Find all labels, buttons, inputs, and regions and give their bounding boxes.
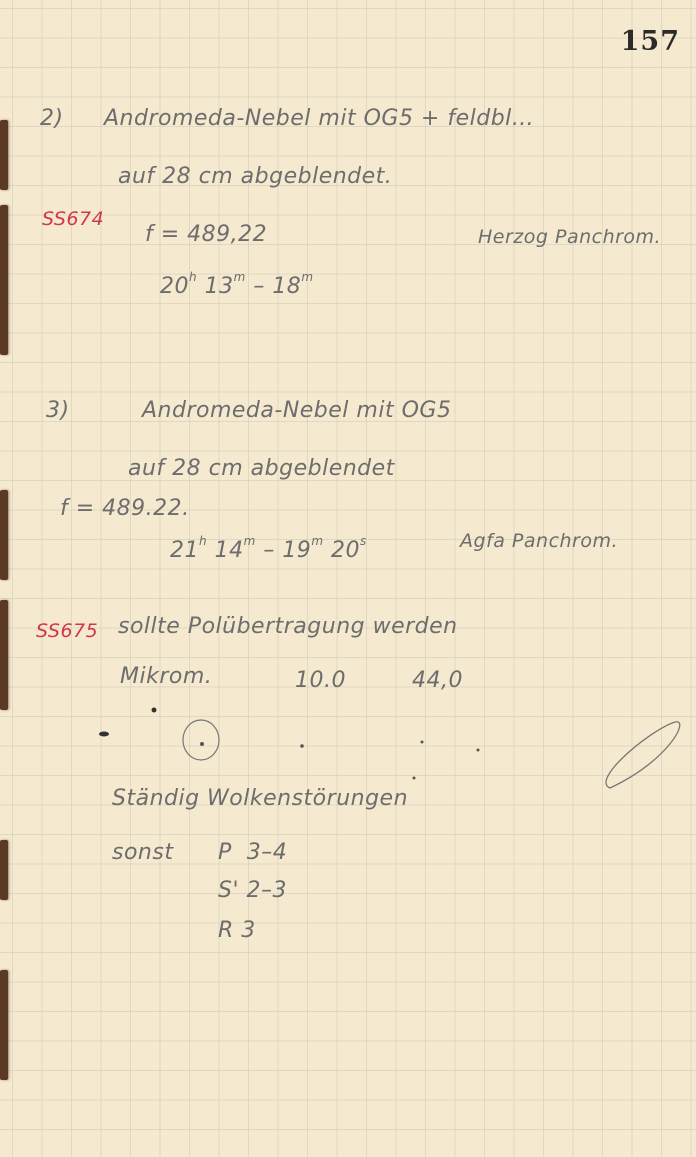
entry-line1: Andromeda-Nebel mit OG5 xyxy=(142,398,451,423)
exposure-time: 20h 13m – 18m xyxy=(160,274,314,299)
focal-length: f = 489,22 xyxy=(145,222,267,247)
entry-line2: auf 28 cm abgeblendet. xyxy=(118,164,392,189)
entry-note: sollte Polübertragung werden xyxy=(118,614,458,639)
entry-index: 3) xyxy=(46,398,70,423)
binding-stitch xyxy=(0,840,8,900)
binding-stitch xyxy=(0,205,8,355)
binding-stitch xyxy=(0,120,8,190)
micrometer-label: Mikrom. xyxy=(120,664,212,689)
plate-type: Herzog Panchrom. xyxy=(478,226,661,248)
binding-stitch xyxy=(0,970,8,1080)
page-number: 157 xyxy=(621,26,680,57)
focal-length: f = 489.22. xyxy=(60,496,190,521)
entry-line2: auf 28 cm abgeblendet xyxy=(128,456,395,481)
rating-row: R 3 xyxy=(218,918,256,943)
plate-type: Agfa Panchrom. xyxy=(460,530,618,552)
entry-index: 2) xyxy=(40,106,64,131)
rating-row: P 3–4 xyxy=(218,840,287,865)
plate-number: SS674 xyxy=(42,208,104,230)
notebook-page: 157 2) Andromeda-Nebel mit OG5 + feldbl…… xyxy=(0,0,696,1157)
seeing-label: sonst xyxy=(112,840,173,865)
micrometer-value-1: 10.0 xyxy=(295,668,346,693)
binding-stitch xyxy=(0,600,8,710)
clouds-note: Ständig Wolkenstörungen xyxy=(112,786,408,811)
star-field-sketch-icon xyxy=(90,700,690,790)
exposure-time: 21h 14m – 19m 20s xyxy=(170,538,367,563)
plate-number: SS675 xyxy=(36,620,98,642)
micrometer-value-2: 44,0 xyxy=(412,668,463,693)
binding-stitch xyxy=(0,490,8,580)
rating-row: S' 2–3 xyxy=(218,878,287,903)
entry-line1: Andromeda-Nebel mit OG5 + feldbl… xyxy=(104,106,534,131)
